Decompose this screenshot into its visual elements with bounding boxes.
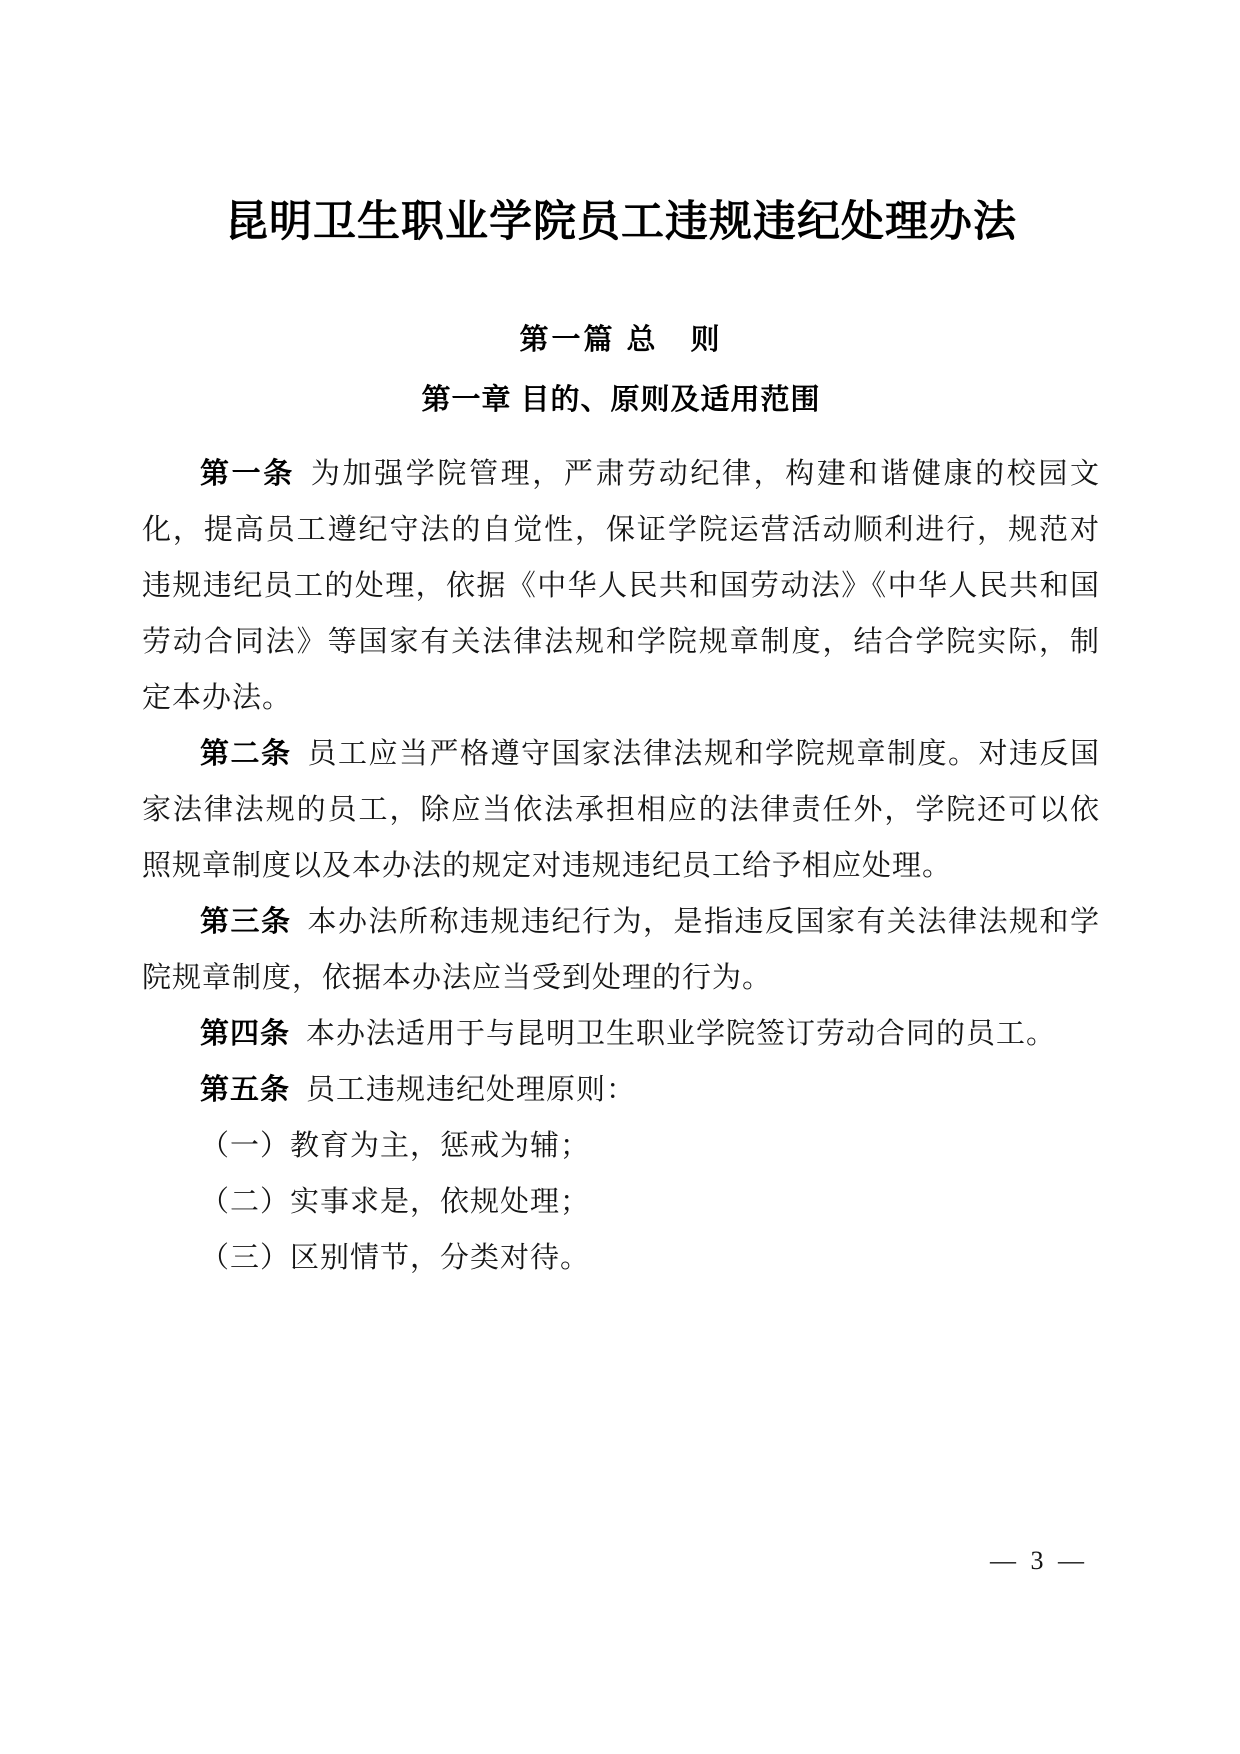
part-heading: 第一篇 总 则: [142, 320, 1100, 360]
document-body: 第一条为加强学院管理，严肃劳动纪律，构建和谐健康的校园文化，提高员工遵纪守法的自…: [142, 446, 1100, 1286]
article-text-4: 本办法适用于与昆明卫生职业学院签订劳动合同的员工。: [306, 1018, 1056, 1050]
article-paragraph-5: 第五条员工违规违纪处理原则：: [142, 1062, 1100, 1118]
article-paragraph-2: 第二条员工应当严格遵守国家法律法规和学院规章制度。对违反国家法律法规的员工，除应…: [142, 726, 1100, 894]
article-label-2: 第二条: [200, 738, 292, 770]
chapter-heading: 第一章 目的、原则及适用范围: [142, 380, 1100, 420]
article-label-1: 第一条: [200, 458, 295, 490]
article-paragraph-4: 第四条本办法适用于与昆明卫生职业学院签订劳动合同的员工。: [142, 1006, 1100, 1062]
article-label-5: 第五条: [200, 1074, 290, 1106]
article-paragraph-3: 第三条本办法所称违规违纪行为，是指违反国家有关法律法规和学院规章制度，依据本办法…: [142, 894, 1100, 1006]
principle-item-1: （一）教育为主，惩戒为辅；: [142, 1118, 1100, 1174]
principle-item-3: （三）区别情节，分类对待。: [142, 1230, 1100, 1286]
document-page: 昆明卫生职业学院员工违规违纪处理办法 第一篇 总 则 第一章 目的、原则及适用范…: [0, 0, 1240, 1754]
article-text-1: 为加强学院管理，严肃劳动纪律，构建和谐健康的校园文化，提高员工遵纪守法的自觉性，…: [142, 458, 1100, 714]
article-label-4: 第四条: [200, 1018, 290, 1050]
page-number: — 3 —: [990, 1546, 1088, 1576]
article-label-3: 第三条: [200, 906, 292, 938]
principle-item-2: （二）实事求是，依规处理；: [142, 1174, 1100, 1230]
article-text-5: 员工违规违纪处理原则：: [306, 1074, 636, 1106]
article-paragraph-1: 第一条为加强学院管理，严肃劳动纪律，构建和谐健康的校园文化，提高员工遵纪守法的自…: [142, 446, 1100, 726]
document-title: 昆明卫生职业学院员工违规违纪处理办法: [142, 192, 1100, 254]
